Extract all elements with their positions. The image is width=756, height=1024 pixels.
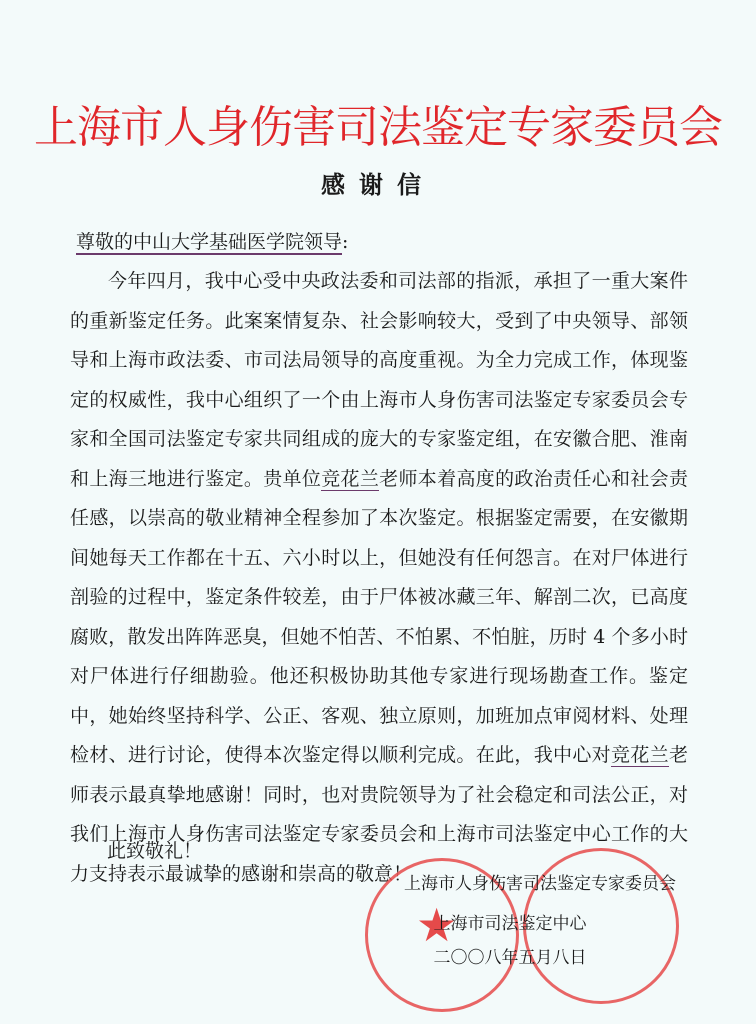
letter-body: 今年四月，我中心受中央政法委和司法部的指派，承担了一重大案件的重新鉴定任务。此案… [70, 262, 688, 894]
signature-org-1: 上海市人身伤害司法鉴定专家委员会 [360, 872, 720, 896]
closing-salutation: 此致敬礼！ [107, 836, 202, 866]
salutation-recipient: 尊敬的中山大学基础医学院领导 [76, 231, 342, 255]
signature-org-2: 上海市司法鉴定中心 [330, 912, 690, 936]
honoree-name: 竞花兰 [611, 744, 669, 767]
letterhead-title: 上海市人身伤害司法鉴定专家委员会 [0, 100, 756, 156]
body-text: 老师本着高度的政治责任心和社会责任感，以崇高的敬业精神全程参加了本次鉴定。根据鉴… [70, 468, 688, 767]
salutation: 尊敬的中山大学基础医学院领导: [76, 228, 348, 256]
honoree-name: 竞花兰 [321, 468, 379, 491]
signature-date: 二〇〇八年五月八日 [330, 946, 690, 970]
salutation-colon: : [342, 231, 348, 253]
body-text: 今年四月，我中心受中央政法委和司法部的指派，承担了一重大案件的重新鉴定任务。此案… [70, 270, 688, 490]
document-title: 感谢信 [0, 165, 756, 205]
body-paragraph: 今年四月，我中心受中央政法委和司法部的指派，承担了一重大案件的重新鉴定任务。此案… [70, 262, 688, 894]
